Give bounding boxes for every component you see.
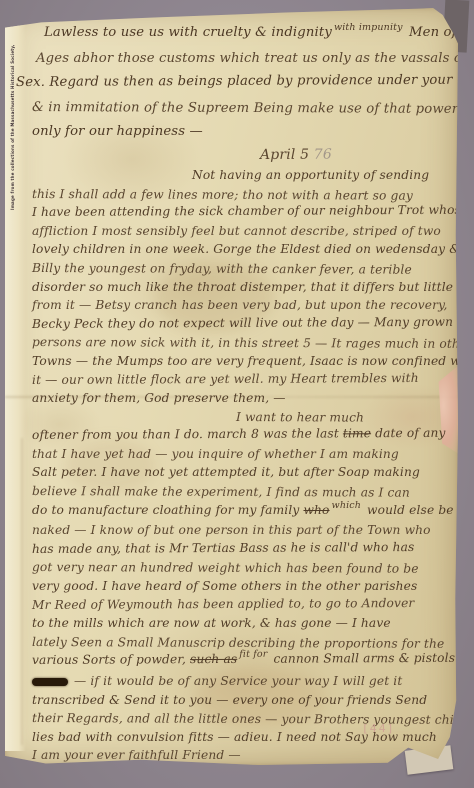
letter-text-segment: April 5 xyxy=(260,147,309,163)
letter-text-segment: date of any xyxy=(371,426,446,440)
letter-line: got very near an hundred weight which ha… xyxy=(32,558,446,578)
fold-crease xyxy=(21,438,23,745)
letter-line: from it — Betsy cranch has been very bad… xyxy=(32,296,446,315)
letter-text-segment: only for our happiness — xyxy=(32,124,203,139)
letter-line: I have been attending the sick chamber o… xyxy=(32,201,446,222)
letter-text-segment: disorder so much like the throat distemp… xyxy=(32,280,453,294)
letter-line: lovely children in one week. Gorge the E… xyxy=(32,240,446,259)
letter-text-segment: believe I shall make the experiment, I f… xyxy=(32,484,410,500)
letter-line: has made any, that is Mr Tertias Bass as… xyxy=(32,538,446,559)
letter-line: affliction I most sensibly feel but cann… xyxy=(32,222,446,241)
handwritten-letter-body: Lawless to use us with cruelty & indigni… xyxy=(32,21,446,765)
letter-text-segment: fit for xyxy=(239,649,267,660)
letter-line: do to manufacture cloathing for my famil… xyxy=(32,501,446,522)
letter-text-segment: 76 xyxy=(309,147,332,163)
letter-line: persons are now sick with it, in this st… xyxy=(32,333,446,353)
letter-text-segment: Ages abhor those customs which treat us … xyxy=(36,51,474,66)
letter-text-segment: to the mills which are now at work, & ha… xyxy=(32,616,391,630)
letter-text-segment: Towns — the Mumps too are very frequent,… xyxy=(32,354,474,368)
letter-line: that I have yet had — you inquire of whe… xyxy=(32,445,446,464)
letter-text-segment: I have been attending the sick chamber o… xyxy=(32,203,468,219)
letter-line: it — our own little flock are yet well. … xyxy=(32,368,446,389)
letter-line: I am your ever faithfull Friend — xyxy=(32,746,446,765)
inked-out-word xyxy=(32,678,68,686)
letter-text-segment: lovely children in one week. Gorge the E… xyxy=(32,242,460,256)
letter-line: Lawless to use us with cruelty & indigni… xyxy=(44,21,446,47)
letter-text-segment: Salt peter. I have not yet attempted it,… xyxy=(32,465,420,479)
letter-text-segment: affliction I most sensibly feel but cann… xyxy=(32,224,441,238)
letter-text-segment: that I have yet had — you inquire of whe… xyxy=(32,447,399,461)
letter-text-segment: from it — Betsy cranch has been very bad… xyxy=(32,298,448,312)
letter-text-segment: Sex. Regard us then as beings placed by … xyxy=(16,73,474,91)
letter-text-segment: various Sorts of powder, xyxy=(32,653,190,668)
letter-text-segment: such as xyxy=(190,652,237,666)
letter-page: Image from the collections of the Massac… xyxy=(5,8,458,765)
letter-text-segment: very good. I have heard of Some others i… xyxy=(32,579,417,593)
manuscript-scan: Image from the collections of the Massac… xyxy=(0,0,474,788)
letter-text-segment: time xyxy=(343,427,371,441)
letter-text-segment: — if it would be of any Service your way… xyxy=(70,674,402,688)
letter-text-segment: would else be xyxy=(363,503,454,517)
letter-line: very good. I have heard of Some others i… xyxy=(32,577,446,596)
pencil-page-number: [44] xyxy=(363,722,394,735)
archive-stamp: Image from the collections of the Massac… xyxy=(10,44,19,210)
letter-line: Ages abhor those customs which treat us … xyxy=(36,47,446,72)
letter-text-segment: oftener from you than I do. march 8 was … xyxy=(32,427,343,443)
letter-line: April 5 76 xyxy=(260,144,446,166)
letter-line: to the mills which are now at work, & ha… xyxy=(32,614,446,633)
letter-text-segment: I am your ever faithfull Friend — xyxy=(32,748,241,762)
letter-text-segment: persons are now sick with it, in this st… xyxy=(32,335,473,351)
letter-line: Becky Peck they do not expect will live … xyxy=(32,313,446,334)
letter-line: Billy the youngest on fryday, with the c… xyxy=(32,259,446,279)
letter-line: — if it would be of any Service your way… xyxy=(32,672,446,691)
letter-text-segment: & in immitation of the Supreem Being mak… xyxy=(32,100,458,117)
letter-line: Salt peter. I have not yet attempted it,… xyxy=(32,463,446,482)
letter-line: believe I shall make the experiment, I f… xyxy=(32,482,446,502)
letter-line: Not having an opportunity of sending xyxy=(192,166,446,185)
letter-text-segment: Mr Reed of Weymouth has been applied to,… xyxy=(32,596,414,612)
letter-text-segment: do to manufacture cloathing for my famil… xyxy=(32,503,303,517)
letter-text-segment: their Regards, and all the little ones —… xyxy=(32,711,466,727)
letter-text-segment: Becky Peck they do not expect will live … xyxy=(32,315,453,331)
letter-text-segment: transcribed & Send it to you — every one… xyxy=(32,693,427,707)
letter-text-segment: Billy the youngest on fryday, with the c… xyxy=(32,261,412,277)
letter-line: & in immitation of the Supreem Being mak… xyxy=(32,96,446,122)
letter-line: Towns — the Mumps too are very frequent,… xyxy=(32,352,446,371)
letter-text-segment: with impunity xyxy=(334,22,403,33)
letter-line: transcribed & Send it to you — every one… xyxy=(32,691,446,710)
letter-line: anxiety for them, God preserve them, — xyxy=(32,389,446,408)
letter-line: oftener from you than I do. march 8 was … xyxy=(32,424,446,445)
letter-text-segment: got very near an hundred weight which ha… xyxy=(32,560,419,576)
letter-text-segment: anxiety for them, God preserve them, — xyxy=(32,391,286,405)
letter-line: various Sorts of powder, such asfit for … xyxy=(32,649,446,672)
letter-line: naked — I know of but one person in this… xyxy=(32,521,446,540)
letter-text-segment: I want to hear much xyxy=(236,410,364,425)
letter-text-segment: this I shall add a few lines more; tho n… xyxy=(32,187,413,203)
letter-text-segment: has made any, that is Mr Tertias Bass as… xyxy=(32,540,414,556)
letter-text-segment: cannon Small arms & pistols xyxy=(269,651,455,666)
letter-text-segment: who xyxy=(303,503,329,517)
letter-line: Mr Reed of Weymouth has been applied to,… xyxy=(32,593,446,614)
letter-text-segment: it — our own little flock are yet well. … xyxy=(32,370,419,386)
letter-text-segment: which xyxy=(332,500,361,511)
letter-text-segment: Lawless to use us with cruelty & indigni… xyxy=(44,25,332,40)
letter-line: only for our happiness — xyxy=(32,120,446,145)
letter-line: Sex. Regard us then as beings placed by … xyxy=(16,69,446,96)
letter-line: disorder so much like the throat distemp… xyxy=(32,278,446,297)
letter-text-segment: naked — I know of but one person in this… xyxy=(32,523,431,537)
letter-text-segment: Not having an opportunity of sending xyxy=(192,168,429,182)
